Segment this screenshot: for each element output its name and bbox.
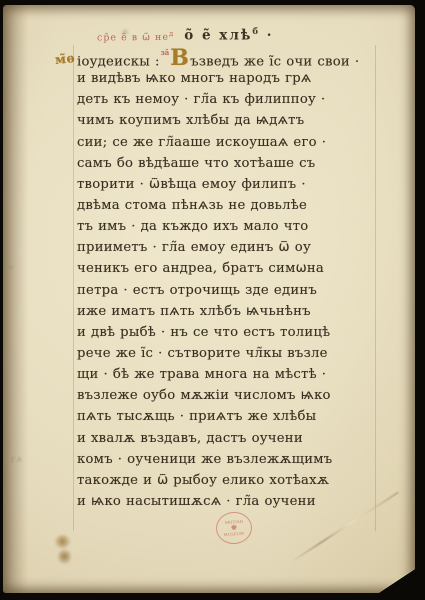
manuscript-line: възлеже оубо мѫжіи числомъ ѩко bbox=[77, 385, 381, 406]
liturgical-rubric: ср̃е е̃ в ѡ̃ нед bbox=[97, 30, 174, 44]
margin-section-mark: м̃ѳ bbox=[54, 50, 75, 67]
parchment-stain bbox=[58, 549, 71, 564]
chapter-title-superscript: б̃ bbox=[252, 27, 260, 37]
line1-rest: ъзведъ же і̃с очи свои · bbox=[190, 54, 359, 69]
title-dot: · bbox=[267, 27, 274, 43]
zachalo-mark: за̃ bbox=[161, 48, 170, 57]
chapter-title: о̃ е̃ хлѣб̃ · bbox=[184, 27, 273, 44]
manuscript-line: щи · бѣ же трава многа на мѣстѣ · bbox=[77, 364, 381, 385]
manuscript-line: двѣма стома пѣнѧзь не довьлѣе bbox=[77, 195, 381, 216]
text-block: іоудеискы :за̃Възведъ же і̃с очи свои · … bbox=[77, 47, 381, 512]
british-museum-stamp: BRITISH ♚ MUSEUM bbox=[215, 511, 253, 545]
manuscript-line: сии; се же гл̃ааше искоушаѧ его · bbox=[77, 132, 381, 153]
manuscript-line: комъ · оученици же възлежѫщимъ bbox=[77, 449, 381, 470]
manuscript-line: ченикъ его андреа, братъ симѡна bbox=[77, 258, 381, 279]
manuscript-line: творити · ѿвѣща емоу филипъ · bbox=[77, 174, 381, 195]
manuscript-line: и хвалѫ въздавъ, дастъ оучени bbox=[77, 428, 381, 449]
manuscript-line: тъ имъ · да къждо ихъ мало что bbox=[77, 216, 381, 237]
manuscript-line: и ѩко насытишѫсѧ · гл̃а оучени bbox=[77, 491, 381, 512]
manuscript-line: чимъ коупимъ хлѣбы да ѩдѧтъ bbox=[77, 110, 381, 131]
header-rubric-row: ср̃е е̃ в ѡ̃ нед о̃ е̃ хлѣб̃ · bbox=[97, 21, 357, 43]
stamp-bottom-text: MUSEUM bbox=[224, 532, 244, 536]
manuscript-line: прииметъ · гл̃а емоу единъ ѿ оу bbox=[77, 237, 381, 258]
manuscript-line: деть къ немоу · гл̃а къ филиппоу · bbox=[77, 89, 381, 110]
ruling-line-left bbox=[73, 45, 74, 531]
manuscript-line: рече же і̃с · сътворите чл̃кы възле bbox=[77, 343, 381, 364]
line1-prefix: іоудеискы : bbox=[77, 54, 160, 69]
manuscript-line: такожде и ѿ рыбоу елико хотѣахѫ bbox=[77, 470, 381, 491]
folded-corner bbox=[379, 569, 415, 593]
ink-bleedthrough: ꙅ bbox=[6, 265, 15, 269]
chapter-title-text: о̃ е̃ хлѣ bbox=[184, 27, 252, 43]
ink-bleedthrough: гѧ bbox=[11, 455, 23, 465]
manuscript-line: самъ бо вѣдѣаше что хотѣаше съ bbox=[77, 153, 381, 174]
manuscript-page: ср̃е е̃ в ѡ̃ нед о̃ е̃ хлѣб̃ · м̃ѳ іоуде… bbox=[3, 5, 415, 593]
manuscript-lines: и видѣвъ ѩко многъ народъ грѧдеть къ нем… bbox=[77, 68, 381, 512]
gutter-shadow bbox=[3, 5, 29, 593]
rubric-text: ср̃е е̃ в ѡ̃ не bbox=[97, 32, 169, 44]
manuscript-line: и двѣ рыбѣ · нъ се что естъ толицѣ bbox=[77, 322, 381, 343]
manuscript-line-first: іоудеискы :за̃Възведъ же і̃с очи свои · bbox=[77, 47, 381, 68]
parchment-stain bbox=[121, 29, 129, 35]
rubric-superscript: д bbox=[169, 30, 174, 38]
manuscript-line: петра · естъ отрочищь зде единъ bbox=[77, 280, 381, 301]
manuscript-line: и видѣвъ ѩко многъ народъ грѧ bbox=[77, 68, 381, 89]
manuscript-line: иже иматъ пѧть хлѣбъ ѩчьнѣнъ bbox=[77, 301, 381, 322]
manuscript-photo: ср̃е е̃ в ѡ̃ нед о̃ е̃ хлѣб̃ · м̃ѳ іоуде… bbox=[0, 0, 425, 600]
crown-icon: ♚ bbox=[231, 525, 238, 531]
parchment-stain bbox=[55, 535, 70, 548]
manuscript-line: пѧть тысѫщь · приѧтъ же хлѣбы bbox=[77, 406, 381, 427]
